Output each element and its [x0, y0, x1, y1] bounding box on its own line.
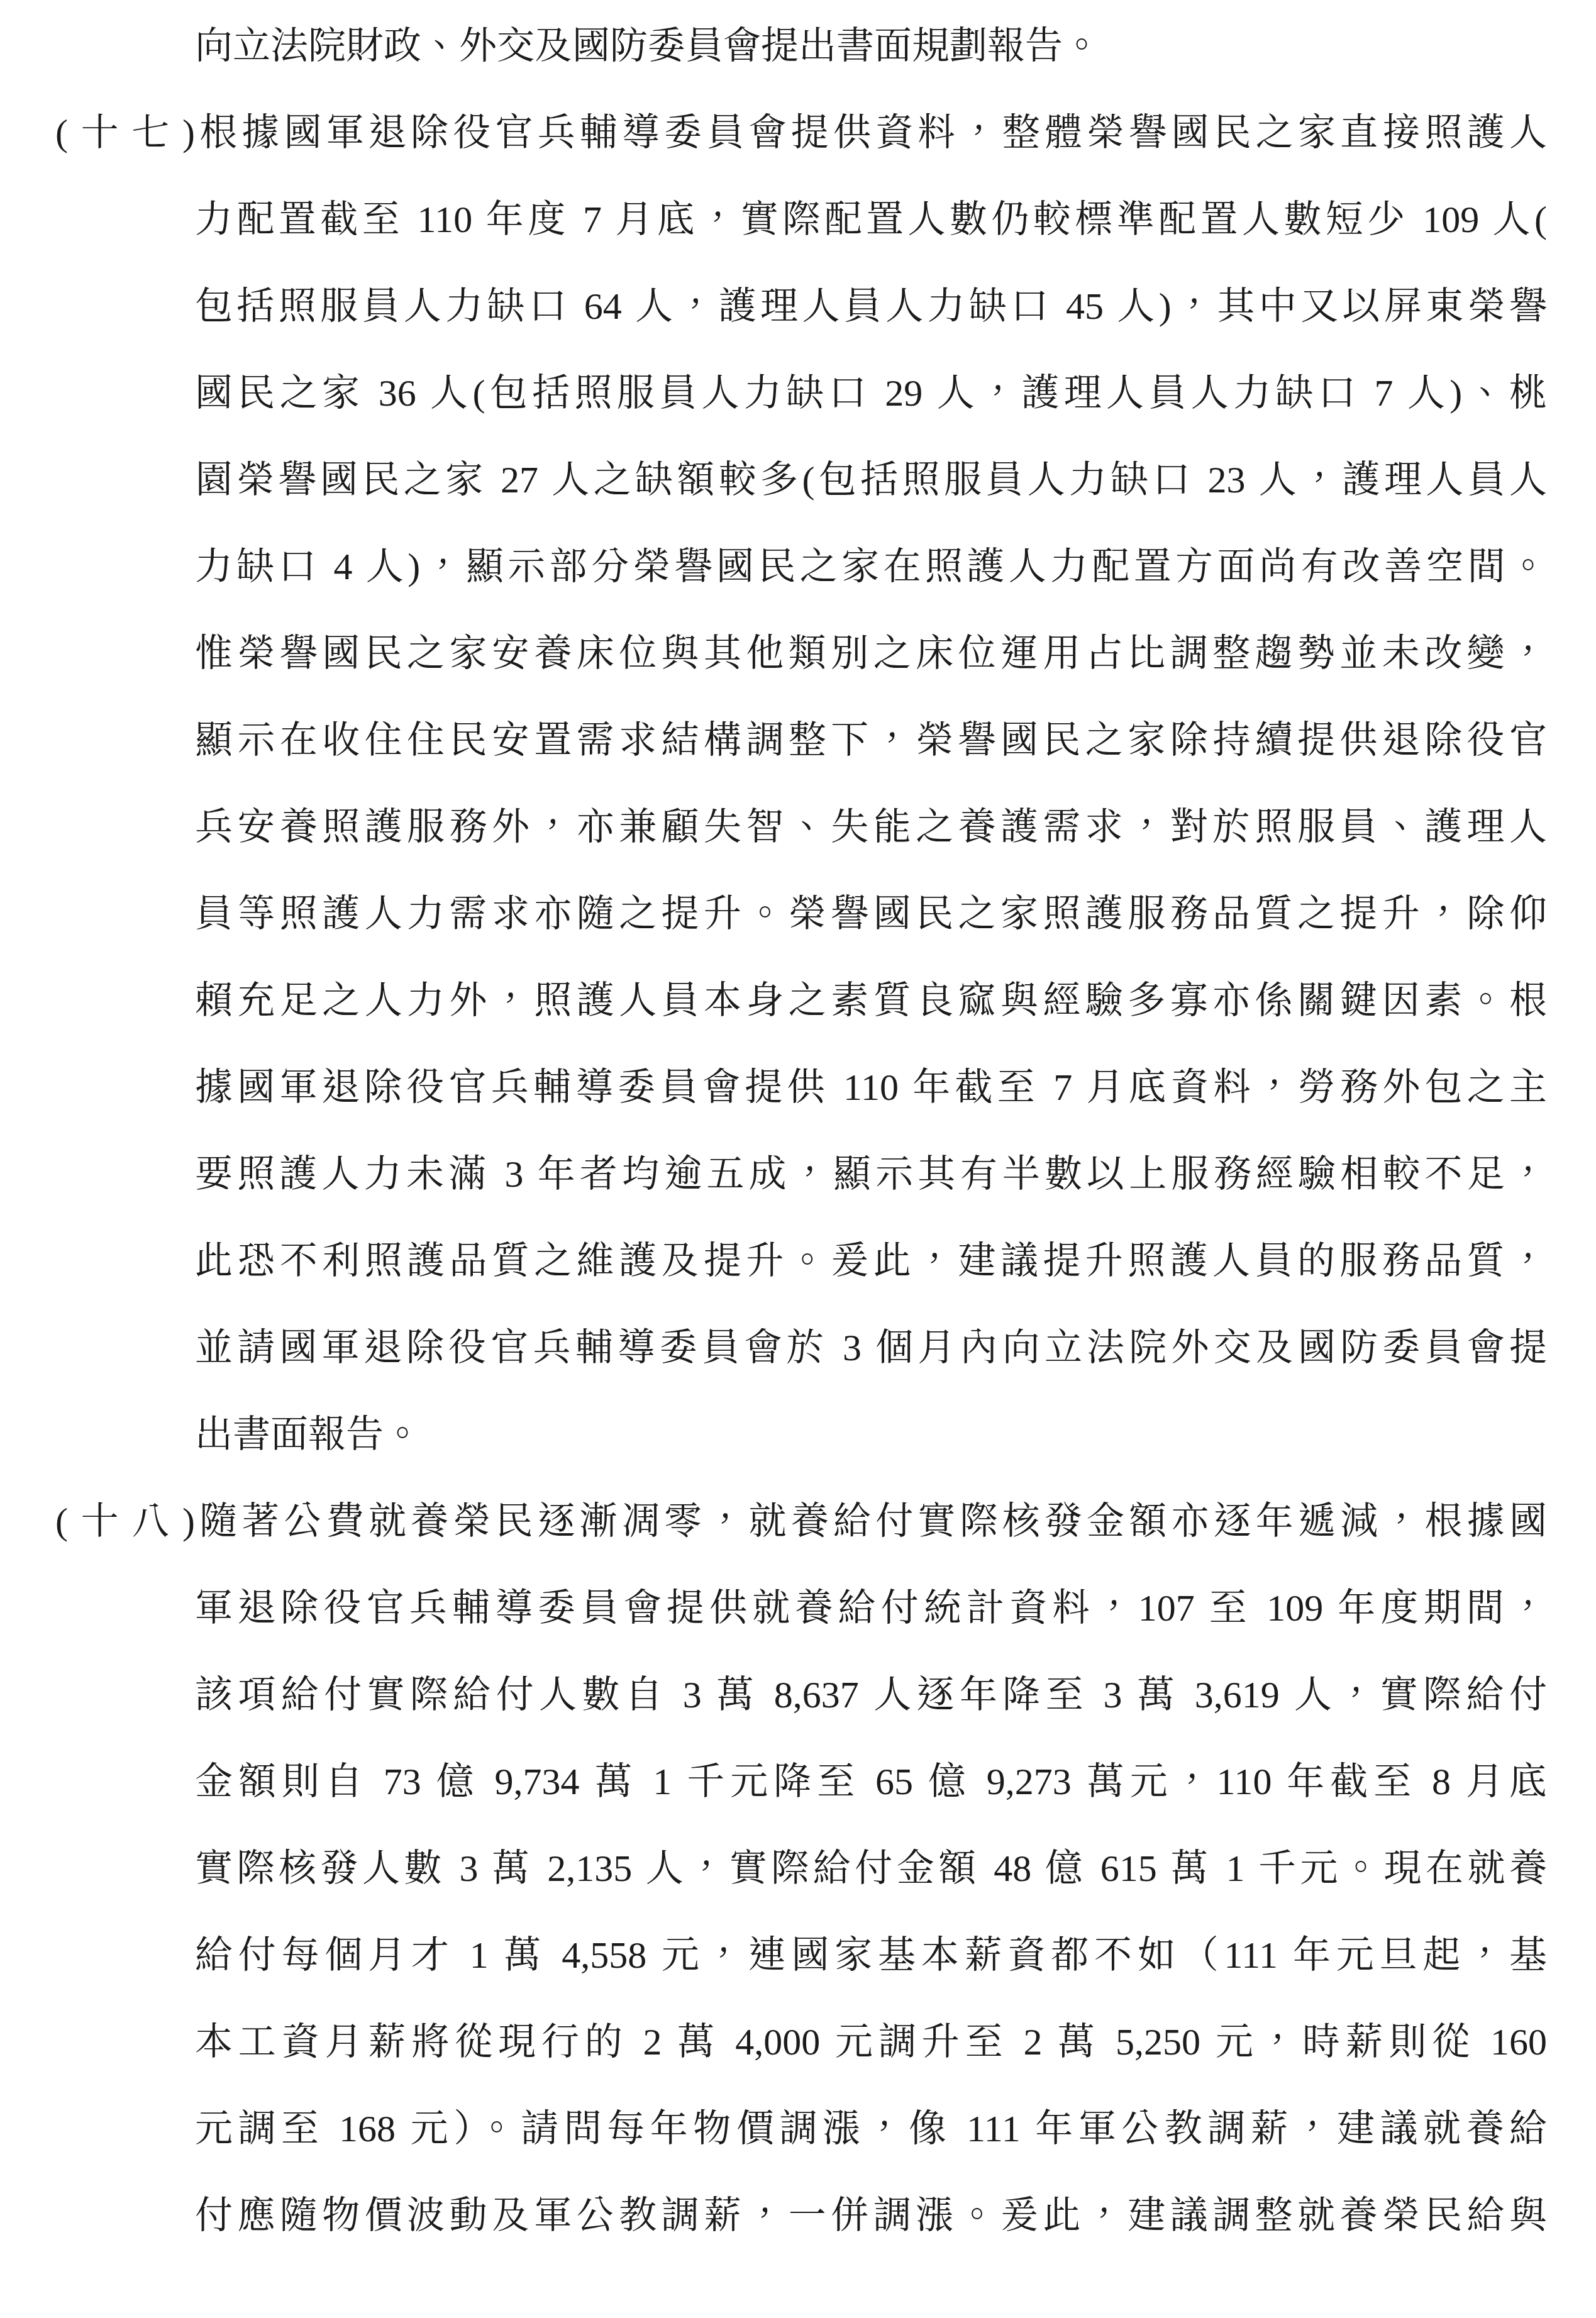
document-page: 向立法院財政、外交及國防委員會提出書面規劃報告。(十七)根據國軍退除役官兵輔導委… [0, 0, 1596, 2318]
text-line: 軍退除役官兵輔導委員會提供就養給付統計資料，107 至 109 年度期間， [195, 1565, 1547, 1651]
line-text: 根據國軍退除役官兵輔導委員會提供資料，整體榮譽國民之家直接照護人 [195, 112, 1547, 153]
text-line: 給付每個月才 1 萬 4,558 元，連國家基本薪資都不如（111 年元旦起，基 [195, 1912, 1547, 1999]
line-text: 力配置截至 110 年度 7 月底，實際配置人數仍較標準配置人數短少 109 人… [195, 199, 1547, 240]
text-line: 該項給付實際給付人數自 3 萬 8,637 人逐年降至 3 萬 3,619 人，… [195, 1651, 1547, 1738]
line-text: 本工資月薪將從現行的 2 萬 4,000 元調升至 2 萬 5,250 元，時薪… [195, 2021, 1547, 2063]
line-text: 惟榮譽國民之家安養床位與其他類別之床位運用占比調整趨勢並未改變， [195, 633, 1547, 674]
line-text: 付應隨物價波動及軍公教調薪，一併調漲。爰此，建議調整就養榮民給與 [195, 2195, 1547, 2236]
text-line: 國民之家 36 人(包括照服員人力缺口 29 人，護理人員人力缺口 7 人)、桃 [195, 350, 1547, 436]
text-line: 兵安養照護服務外，亦兼顧失智、失能之養護需求，對於照服員、護理人 [195, 784, 1547, 870]
text-line: 包括照服員人力缺口 64 人，護理人員人力缺口 45 人)，其中又以屏東榮譽 [195, 263, 1547, 350]
text-line: 本工資月薪將從現行的 2 萬 4,000 元調升至 2 萬 5,250 元，時薪… [195, 1999, 1547, 2085]
text-line: 惟榮譽國民之家安養床位與其他類別之床位運用占比調整趨勢並未改變， [195, 610, 1547, 697]
text-line: 並請國軍退除役官兵輔導委員會於 3 個月內向立法院外交及國防委員會提 [195, 1304, 1547, 1391]
text-line: 據國軍退除役官兵輔導委員會提供 110 年截至 7 月底資料，勞務外包之主 [195, 1044, 1547, 1131]
line-text: 實際核發人數 3 萬 2,135 人，實際給付金額 48 億 615 萬 1 千… [195, 1848, 1547, 1889]
text-line: 員等照護人力需求亦隨之提升。榮譽國民之家照護服務品質之提升，除仰 [195, 870, 1547, 957]
text-line: 向立法院財政、外交及國防委員會提出書面規劃報告。 [195, 3, 1547, 89]
line-text: 金額則自 73 億 9,734 萬 1 千元降至 65 億 9,273 萬元，1… [195, 1761, 1547, 1802]
text-line: 力缺口 4 人)，顯示部分榮譽國民之家在照護人力配置方面尚有改善空間。 [195, 523, 1547, 610]
document-content: 向立法院財政、外交及國防委員會提出書面規劃報告。(十七)根據國軍退除役官兵輔導委… [55, 3, 1547, 2259]
line-text: 包括照服員人力缺口 64 人，護理人員人力缺口 45 人)，其中又以屏東榮譽 [195, 286, 1547, 327]
text-line: 實際核發人數 3 萬 2,135 人，實際給付金額 48 億 615 萬 1 千… [195, 1825, 1547, 1912]
line-text: 據國軍退除役官兵輔導委員會提供 110 年截至 7 月底資料，勞務外包之主 [195, 1067, 1547, 1108]
line-text: 賴充足之人力外，照護人員本身之素質良窳與經驗多寡亦係關鍵因素。根 [195, 980, 1547, 1021]
text-line: 此恐不利照護品質之維護及提升。爰此，建議提升照護人員的服務品質， [195, 1217, 1547, 1304]
line-text: 軍退除役官兵輔導委員會提供就養給付統計資料，107 至 109 年度期間， [195, 1587, 1547, 1629]
text-line: 要照護人力未滿 3 年者均逾五成，顯示其有半數以上服務經驗相較不足， [195, 1131, 1547, 1217]
text-line: 出書面報告。 [195, 1391, 1547, 1478]
line-text: 園榮譽國民之家 27 人之缺額較多(包括照服員人力缺口 23 人，護理人員人 [195, 459, 1547, 501]
text-line: (十八)隨著公費就養榮民逐漸凋零，就養給付實際核發金額亦逐年遞減，根據國 [55, 1478, 1547, 1565]
line-text: 向立法院財政、外交及國防委員會提出書面規劃報告。 [195, 25, 1100, 67]
line-text: 顯示在收住住民安置需求結構調整下，榮譽國民之家除持續提供退除役官 [195, 719, 1547, 761]
text-line: 賴充足之人力外，照護人員本身之素質良窳與經驗多寡亦係關鍵因素。根 [195, 957, 1547, 1044]
text-line: 元調至 168 元）。請問每年物價調漲，像 111 年軍公教調薪，建議就養給 [195, 2085, 1547, 2172]
line-text: 並請國軍退除役官兵輔導委員會於 3 個月內向立法院外交及國防委員會提 [195, 1327, 1547, 1368]
text-line: 金額則自 73 億 9,734 萬 1 千元降至 65 億 9,273 萬元，1… [195, 1738, 1547, 1825]
line-text: 國民之家 36 人(包括照服員人力缺口 29 人，護理人員人力缺口 7 人)、桃 [195, 372, 1547, 414]
line-text: 元調至 168 元）。請問每年物價調漲，像 111 年軍公教調薪，建議就養給 [195, 2108, 1547, 2149]
text-line: 園榮譽國民之家 27 人之缺額較多(包括照服員人力缺口 23 人，護理人員人 [195, 436, 1547, 523]
line-text: 員等照護人力需求亦隨之提升。榮譽國民之家照護服務品質之提升，除仰 [195, 893, 1547, 934]
line-text: 給付每個月才 1 萬 4,558 元，連國家基本薪資都不如（111 年元旦起，基 [195, 1934, 1547, 1976]
text-line: 力配置截至 110 年度 7 月底，實際配置人數仍較標準配置人數短少 109 人… [195, 176, 1547, 263]
item-label: (十八) [55, 1478, 195, 1565]
line-text: 要照護人力未滿 3 年者均逾五成，顯示其有半數以上服務經驗相較不足， [195, 1153, 1547, 1195]
line-text: 出書面報告。 [195, 1414, 421, 1455]
text-line: 顯示在收住住民安置需求結構調整下，榮譽國民之家除持續提供退除役官 [195, 697, 1547, 784]
text-line: (十七)根據國軍退除役官兵輔導委員會提供資料，整體榮譽國民之家直接照護人 [55, 89, 1547, 176]
text-line: 付應隨物價波動及軍公教調薪，一併調漲。爰此，建議調整就養榮民給與 [195, 2172, 1547, 2259]
line-text: 該項給付實際給付人數自 3 萬 8,637 人逐年降至 3 萬 3,619 人，… [195, 1674, 1547, 1716]
line-text: 力缺口 4 人)，顯示部分榮譽國民之家在照護人力配置方面尚有改善空間。 [195, 546, 1547, 587]
line-text: 隨著公費就養榮民逐漸凋零，就養給付實際核發金額亦逐年遞減，根據國 [195, 1500, 1547, 1542]
item-label: (十七) [55, 89, 195, 176]
line-text: 此恐不利照護品質之維護及提升。爰此，建議提升照護人員的服務品質， [195, 1240, 1547, 1282]
line-text: 兵安養照護服務外，亦兼顧失智、失能之養護需求，對於照服員、護理人 [195, 806, 1547, 848]
